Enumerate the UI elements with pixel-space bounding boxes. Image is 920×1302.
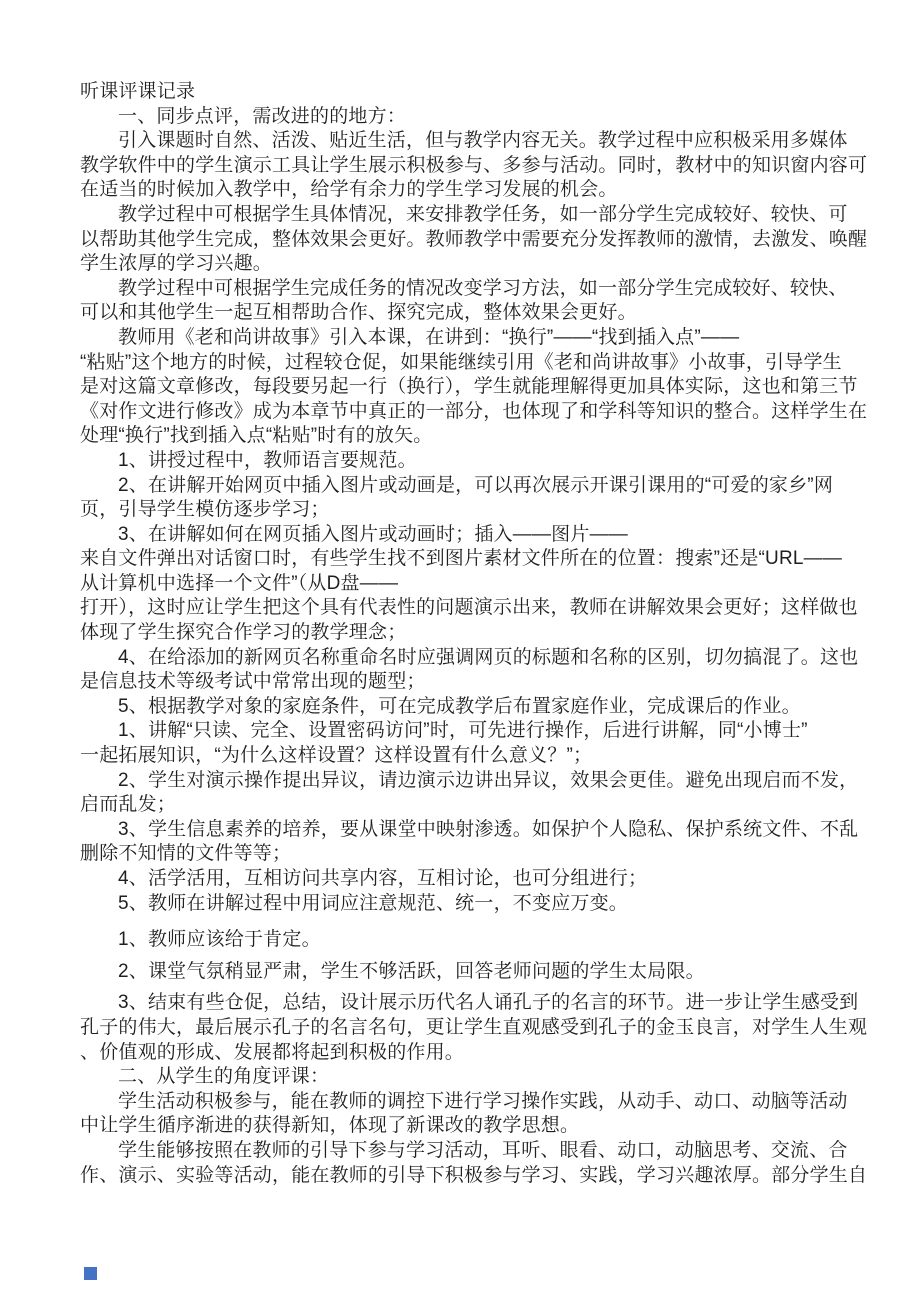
text-line: 教学软件中的学生演示工具让学生展示积极参与、多参与活动。同时，教材中的知识窗内容… [80,154,842,179]
text-line: 打开），这时应让学生把这个具有代表性的问题演示出来，教师在讲解效果会更好；这样做… [80,596,842,621]
text-line: 3、在讲解如何在网页插入图片或动画时；插入——图片—— [80,523,842,548]
text-line: 启而乱发； [80,793,842,818]
text-line: 2、在讲解开始网页中插入图片或动画是，可以再次展示开课引课用的“可爱的家乡”网 [80,474,842,499]
text-line: 3、学生信息素养的培养，要从课堂中映射渗透。如保护个人隐私、保护系统文件、不乱 [80,818,842,843]
text-line: 体现了学生探究合作学习的教学理念； [80,621,842,646]
text-line: 5、教师在讲解过程中用词应注意规范、统一，不变应万变。 [80,892,842,917]
document-body: 听课评课记录一、同步点评，需改进的的地方：引入课题时自然、活泼、贴近生活，但与教… [80,80,842,1188]
text-line: 2、课堂气氛稍显严肃，学生不够活跃，回答老师问题的学生太局限。 [80,960,842,985]
text-line: 来自文件弹出对话窗口时，有些学生找不到图片素材文件所在的位置：搜索”还是“URL… [80,547,842,572]
text-line: 是信息技术等级考试中常常出现的题型； [80,670,842,695]
text-line: 1、教师应该给于肯定。 [80,928,842,953]
text-line: 学生浓厚的学习兴趣。 [80,252,842,277]
text-line: 5、根据教学对象的家庭条件，可在完成教学后布置家庭作业，完成课后的作业。 [80,695,842,720]
text-line: 从计算机中选择一个文件”（从D盘—— [80,572,842,597]
text-line: 1、讲解“只读、完全、设置密码访问”时，可先进行操作，后进行讲解，同“小博士” [80,719,842,744]
text-line: 在适当的时候加入教学中，给学有余力的学生学习发展的机会。 [80,178,842,203]
text-line: 处理“换行”找到插入点“粘贴”时有的放矢。 [80,424,842,449]
text-line: 作、演示、实验等活动，能在教师的引导下积极参与学习、实践，学习兴趣浓厚。部分学生… [80,1164,842,1189]
text-line: 二、从学生的角度评课： [80,1065,842,1090]
text-line: 《对作文进行修改》成为本章节中真正的一部分，也体现了和学科等知识的整合。这样学生… [80,400,842,425]
text-line: 教学过程中可根据学生完成任务的情况改变学习方法，如一部分学生完成较好、较快、 [80,277,842,302]
text-line: 4、在给添加的新网页名称重命名时应强调网页的标题和名称的区别，切勿搞混了。这也 [80,646,842,671]
text-line: 页，引导学生模仿逐步学习； [80,498,842,523]
text-line: 中让学生循序渐进的获得新知，体现了新课改的教学思想。 [80,1114,842,1139]
text-line: 4、活学活用，互相访问共享内容，互相讨论，也可分组进行； [80,867,842,892]
text-line: 一、同步点评，需改进的的地方： [80,105,842,130]
text-line: 教师用《老和尚讲故事》引入本课，在讲到：“换行”——“找到插入点”—— [80,326,842,351]
text-line: 孔子的伟大，最后展示孔子的名言名句，更让学生直观感受到孔子的金玉良言，对学生人生… [80,1016,842,1041]
text-line: 教学过程中可根据学生具体情况，来安排教学任务，如一部分学生完成较好、较快、可 [80,203,842,228]
text-line: 1、讲授过程中，教师语言要规范。 [80,449,842,474]
text-line: 学生能够按照在教师的引导下参与学习活动，耳听、眼看、动口，动脑思考、交流、合 [80,1139,842,1164]
anchor-marker [84,1267,97,1280]
text-line: 可以和其他学生一起互相帮助合作、探究完成，整体效果会更好。 [80,301,842,326]
document-page: 听课评课记录一、同步点评，需改进的的地方：引入课题时自然、活泼、贴近生活，但与教… [80,80,842,1188]
text-line: 一起拓展知识，“为什么这样设置？这样设置有什么意义？”； [80,744,842,769]
text-line: 引入课题时自然、活泼、贴近生活，但与教学内容无关。教学过程中应积极采用多媒体 [80,129,842,154]
text-line: 删除不知情的文件等等； [80,842,842,867]
text-line: 、价值观的形成、发展都将起到积极的作用。 [80,1041,842,1066]
text-line: “粘贴”这个地方的时候，过程较仓促，如果能继续引用《老和尚讲故事》小故事，引导学… [80,351,842,376]
text-line: 3、结束有些仓促，总结，设计展示历代名人诵孔子的名言的环节。进一步让学生感受到 [80,991,842,1016]
text-line: 学生活动积极参与，能在教师的调控下进行学习操作实践，从动手、动口、动脑等活动 [80,1090,842,1115]
text-line: 听课评课记录 [80,80,842,105]
text-line: 是对这篇文章修改，每段要另起一行（换行），学生就能理解得更加具体实际，这也和第三… [80,375,842,400]
text-line: 以帮助其他学生完成，整体效果会更好。教师教学中需要充分发挥教师的激情，去激发、唤… [80,228,842,253]
text-line: 2、学生对演示操作提出异议，请边演示边讲出异议，效果会更佳。避免出现启而不发， [80,769,842,794]
